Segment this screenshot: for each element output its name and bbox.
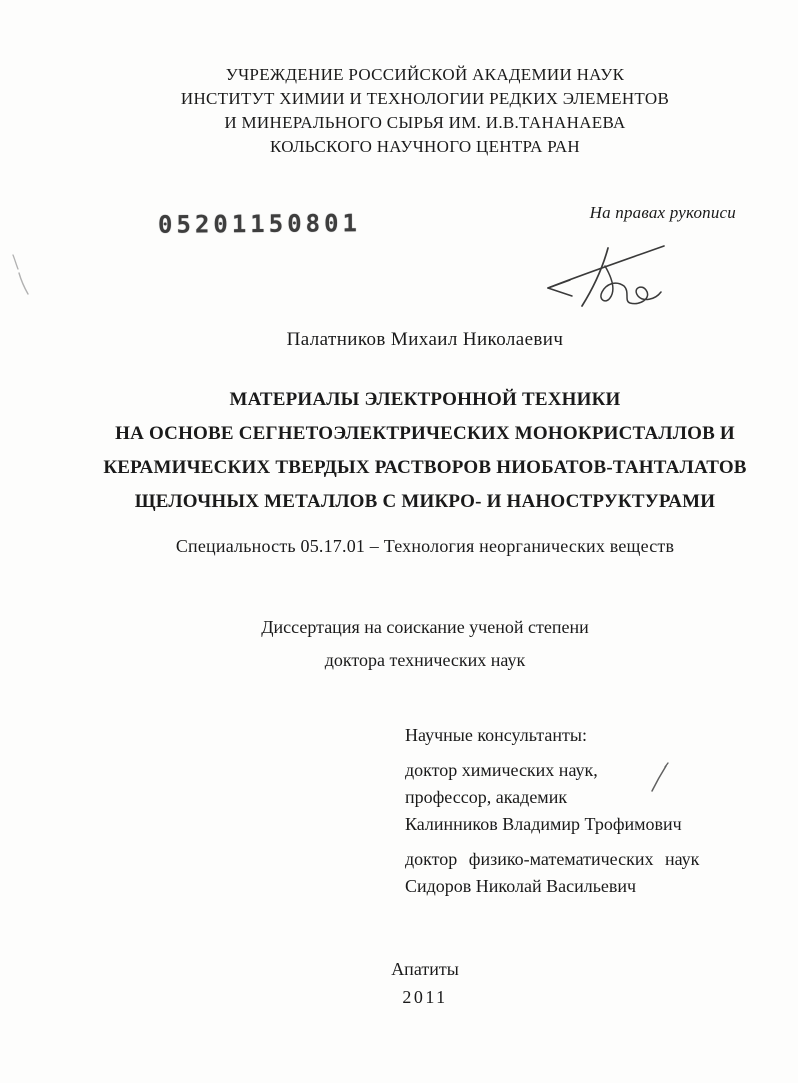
title-line: НА ОСНОВЕ СЕГНЕТОЭЛЕКТРИЧЕСКИХ МОНОКРИСТ…	[52, 417, 798, 451]
consultant-1-rank: профессор, академик	[405, 784, 699, 811]
author-name: Палатников Михаил Николаевич	[0, 329, 798, 351]
thesis-type: Диссертация на соискание ученой степени …	[0, 611, 798, 677]
signature-icon	[512, 238, 672, 310]
institution-header: УЧРЕЖДЕНИЕ РОССИЙСКОЙ АКАДЕМИИ НАУК ИНСТ…	[0, 63, 798, 159]
dissertation-title-page: УЧРЕЖДЕНИЕ РОССИЙСКОЙ АКАДЕМИИ НАУК ИНСТ…	[0, 0, 798, 1083]
city-year-footer: Апатиты 2011	[0, 955, 798, 1011]
title-line: ЩЕЛОЧНЫХ МЕТАЛЛОВ С МИКРО- И НАНОСТРУКТУ…	[52, 485, 798, 519]
consultants-heading: Научные консультанты:	[405, 725, 699, 745]
consultants-block: Научные консультанты: доктор химических …	[405, 725, 699, 900]
title-line: КЕРАМИЧЕСКИХ ТВЕРДЫХ РАСТВОРОВ НИОБАТОВ-…	[52, 451, 798, 485]
institution-line: И МИНЕРАЛЬНОГО СЫРЬЯ ИМ. И.В.ТАНАНАЕВА	[52, 111, 798, 135]
manuscript-rights-note: На правах рукописи	[590, 203, 736, 223]
year-label: 2011	[52, 983, 798, 1011]
title-line: МАТЕРИАЛЫ ЭЛЕКТРОННОЙ ТЕХНИКИ	[52, 383, 798, 417]
city-label: Апатиты	[52, 955, 798, 983]
consultant-1: доктор химических наук, профессор, акаде…	[405, 757, 699, 838]
consultant-2: доктор физико-математических наук Сидоро…	[405, 846, 699, 900]
thesis-line: доктора технических наук	[52, 644, 798, 677]
registration-stamp-number: 05201150801	[158, 209, 361, 238]
consultant-1-degree: доктор химических наук,	[405, 757, 699, 784]
pen-tick-icon	[7, 251, 31, 297]
institution-line: КОЛЬСКОГО НАУЧНОГО ЦЕНТРА РАН	[52, 135, 798, 159]
thesis-line: Диссертация на соискание ученой степени	[52, 611, 798, 644]
institution-line: УЧРЕЖДЕНИЕ РОССИЙСКОЙ АКАДЕМИИ НАУК	[52, 63, 798, 87]
dissertation-title: МАТЕРИАЛЫ ЭЛЕКТРОННОЙ ТЕХНИКИ НА ОСНОВЕ …	[0, 383, 798, 519]
specialty-line: Специальность 05.17.01 – Технология неор…	[0, 536, 798, 557]
consultant-2-name: Сидоров Николай Васильевич	[405, 873, 699, 900]
institution-line: ИНСТИТУТ ХИМИИ И ТЕХНОЛОГИИ РЕДКИХ ЭЛЕМЕ…	[52, 87, 798, 111]
consultant-2-degree: доктор физико-математических наук	[405, 846, 699, 873]
consultant-1-name: Калинников Владимир Трофимович	[405, 811, 699, 838]
